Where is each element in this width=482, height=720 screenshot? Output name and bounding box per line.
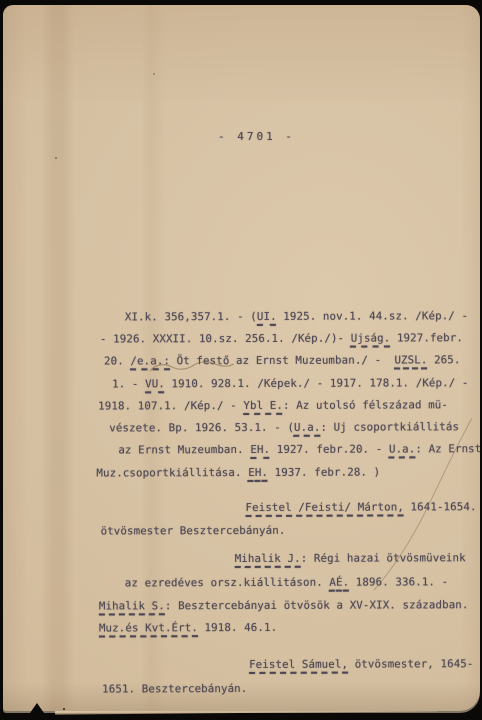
- text-segment: : Besztercebányai ötvösök a XV-XIX. száz…: [165, 598, 469, 612]
- text-line: az Ernst Muzeumban. EH. 1927. febr.20. -…: [118, 442, 481, 457]
- corner-mark: [30, 703, 44, 713]
- text-segment: vészete. Bp. 1926. 53.1. - (: [109, 421, 294, 435]
- underlined-abbreviation: Mihalik S.: [99, 599, 165, 612]
- scanned-document: - 4701 - XI.k. 356,357.1. - (UI. 1925. n…: [0, 0, 482, 720]
- text-segment: 265.: [427, 353, 460, 366]
- text-segment: - 1926. XXXII. 10.sz. 256.1. /Kép./)-: [100, 332, 351, 346]
- text-segment: XI.k. 356,357.1. - (: [125, 310, 257, 323]
- text-segment: ötvösmester, 1645-: [348, 657, 473, 670]
- text-segment: 1651. Besztercebányán.: [102, 682, 247, 696]
- text-segment: 1925. nov.1. 44.sz. /Kép./ -: [277, 309, 468, 323]
- entry-heading: Feistel /Feisti/ Márton, 1641-1654.: [245, 500, 476, 515]
- text-line: 20. /e.a.: Öt festő az Ernst Muzeumban./…: [104, 353, 461, 368]
- text-line: az ezredéves orsz.kiállitáson. AÉ. 1896.…: [125, 575, 448, 590]
- underlined-abbreviation: VU.: [145, 377, 165, 390]
- text-segment: 1918. 107.1. /Kép./ -: [98, 399, 243, 413]
- text-segment: 1. -: [112, 377, 145, 390]
- text-segment: az ezredéves orsz.kiállitáson.: [125, 576, 330, 590]
- entry-heading: Feistel Sámuel, ötvösmester, 1645-: [249, 657, 473, 672]
- underlined-abbreviation: AÉ.: [329, 576, 349, 589]
- text-segment: 1927. febr.20. -: [270, 442, 389, 455]
- text-segment: az Ernst Muzeumban.: [118, 443, 250, 456]
- underlined-abbreviation: UI.: [257, 310, 277, 323]
- text-line: - 1926. XXXII. 10.sz. 256.1. /Kép./)- Uj…: [100, 331, 463, 346]
- text-segment: ötvösmester Besztercebányán.: [101, 524, 286, 538]
- underlined-abbreviation: EH.: [250, 443, 270, 456]
- text-line: ötvösmester Besztercebányán.: [101, 524, 286, 539]
- underlined-abbreviation: /e.a.:: [130, 354, 170, 367]
- text-segment: : Az Ernst: [415, 442, 481, 455]
- text-segment: Öt festő az Ernst Muzeumban./ -: [170, 353, 394, 367]
- underlined-abbreviation: U.a.: [389, 442, 415, 455]
- underlined-abbreviation: Ybl E.: [243, 399, 283, 412]
- paper-speck: [63, 708, 65, 710]
- text-line: Muz.és Kvt.Ért. 1918. 46.1.: [99, 621, 277, 636]
- underlined-abbreviation: EH.: [248, 466, 268, 479]
- text-line: 1918. 107.1. /Kép./ - Ybl E.: Az utolsó …: [98, 398, 448, 413]
- underlined-abbreviation: Ujság.: [351, 331, 391, 344]
- typewritten-text: XI.k. 356,357.1. - (UI. 1925. nov.1. 44.…: [0, 0, 482, 720]
- text-segment: Muz.csoportkiállitása.: [96, 466, 248, 480]
- underlined-abbreviation: Mihalik J.: [235, 552, 301, 565]
- text-segment: 20.: [104, 354, 130, 367]
- entry-heading: Mihalik J.: Régi hazai ötvösmüveink: [235, 551, 466, 566]
- text-segment: 1918. 46.1.: [198, 621, 277, 634]
- text-segment: 1927.febr.: [390, 331, 463, 344]
- text-segment: 1641-1654.: [404, 500, 477, 513]
- underlined-abbreviation: Muz.és Kvt.Ért.: [99, 621, 198, 634]
- text-segment: : Régi hazai ötvösmüveink: [301, 551, 466, 565]
- text-line: 1. - VU. 1910. 928.1. /Képek./ - 1917. 1…: [112, 376, 468, 391]
- text-segment: : Uj csoportkiállitás: [320, 420, 459, 433]
- text-line: vészete. Bp. 1926. 53.1. - (U.a.: Uj cso…: [109, 420, 459, 435]
- underlined-abbreviation: Feistel /Feisti/ Márton,: [245, 500, 403, 514]
- text-segment: 1896. 336.1. -: [349, 575, 448, 588]
- text-segment: 1937. febr.28. ): [268, 466, 380, 479]
- text-segment: : Az utolsó félszázad mü-: [283, 398, 448, 412]
- text-line: 1651. Besztercebányán.: [102, 682, 247, 697]
- text-segment: 1910. 928.1. /Képek./ - 1917. 178.1. /Ké…: [165, 376, 469, 390]
- text-line: XI.k. 356,357.1. - (UI. 1925. nov.1. 44.…: [125, 309, 468, 324]
- underlined-abbreviation: Feistel Sámuel,: [249, 658, 348, 671]
- text-line: Mihalik S.: Besztercebányai ötvösök a XV…: [99, 598, 469, 613]
- underlined-abbreviation: U.a.: [294, 421, 320, 434]
- underlined-abbreviation: UZSL.: [394, 353, 427, 366]
- text-line: Muz.csoportkiállitása. EH. 1937. febr.28…: [96, 466, 380, 481]
